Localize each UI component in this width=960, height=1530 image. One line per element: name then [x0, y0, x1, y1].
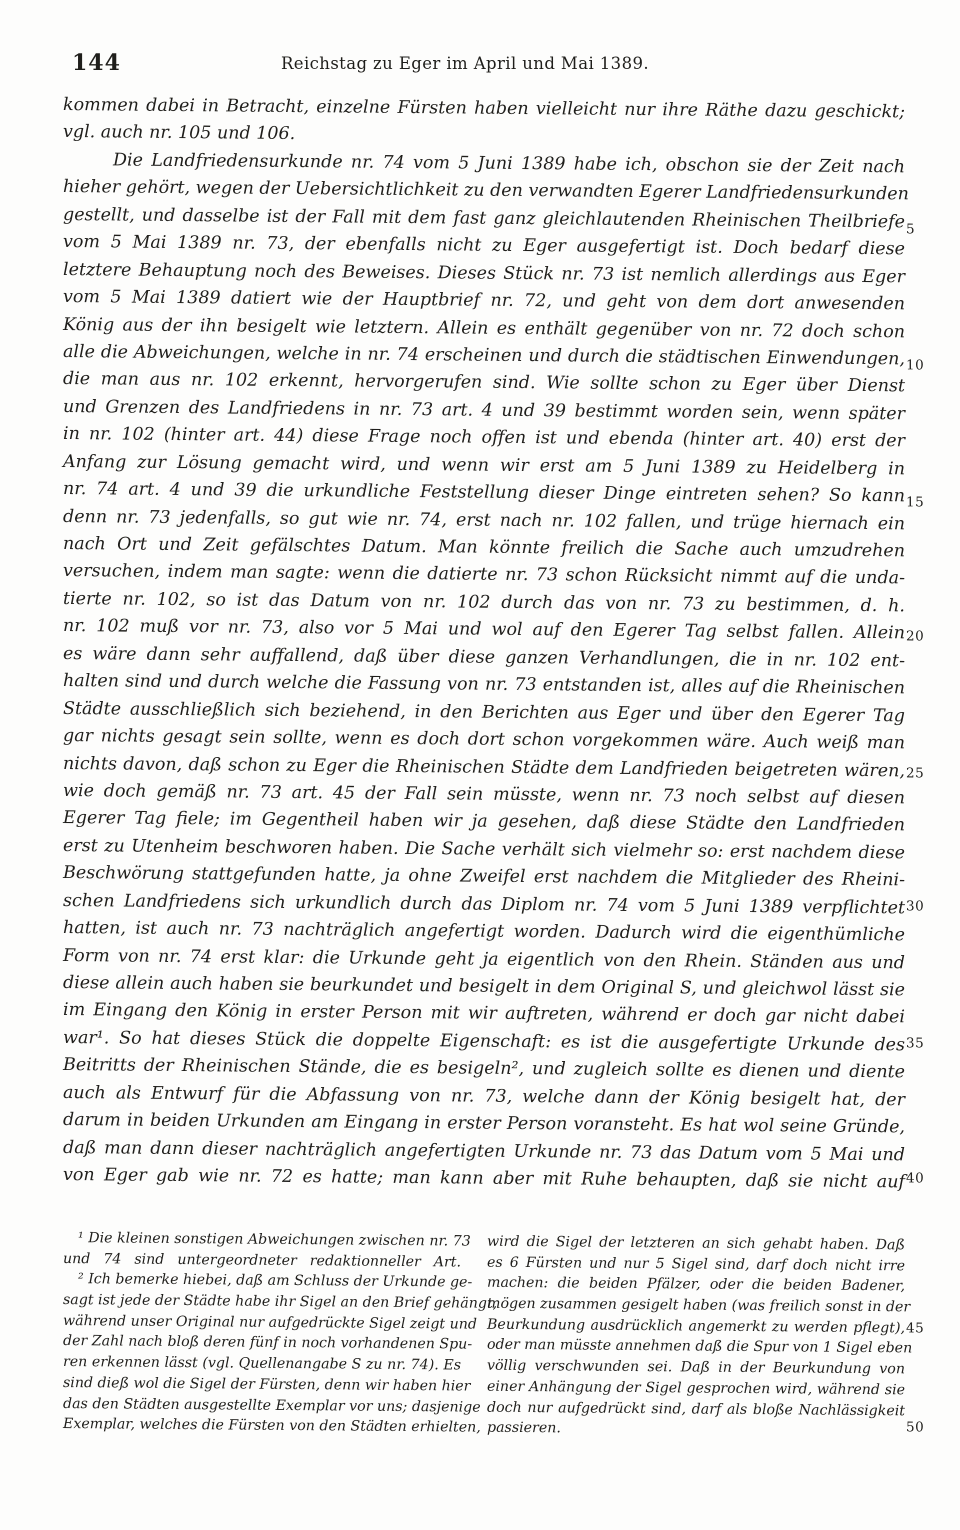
line-number-50: 50: [906, 1419, 950, 1435]
page-sheet: kommen dabei in Betracht, einzelne Fürst…: [0, 0, 960, 1530]
paragraph-continuation: kommen dabei in Betracht, einzelne Fürst…: [63, 92, 905, 154]
main-text: kommen dabei in Betracht, einzelne Fürst…: [63, 92, 905, 1197]
footnote-line: Exemplar, welches die Fürsten von den St…: [63, 1414, 461, 1438]
paragraph-landfriedensurkunde: Die Landfriedensurkunde nr. 74 vom 5 Jun…: [63, 147, 905, 1197]
line-number-20: 20: [906, 628, 950, 644]
footnote-column-left: ¹ Die kleinen sonstigen Abweichungen zwi…: [63, 1228, 461, 1438]
line-number-30: 30: [906, 898, 950, 914]
scanned-book-page: 144 Reichstag zu Eger im April und Mai 1…: [0, 0, 960, 1530]
footnote-column-right: wird die Sigel der letzteren an sich geh…: [487, 1232, 905, 1443]
line-number-margin: 5 10 15 20 25 30 35 40 45 50: [0, 0, 960, 8]
line-number-25: 25: [906, 765, 950, 781]
line-number-35: 35: [906, 1035, 950, 1051]
footnote-line: passieren.: [487, 1418, 905, 1442]
line-number-40: 40: [906, 1170, 950, 1186]
line-number-45: 45: [906, 1320, 950, 1336]
line-number-5: 5: [906, 221, 950, 237]
line-number-15: 15: [906, 494, 950, 510]
line-number-10: 10: [906, 357, 950, 373]
footnotes: ¹ Die kleinen sonstigen Abweichungen zwi…: [63, 1228, 905, 1442]
footnote-line: sind dieß wol die Sigel der Fürsten, den…: [63, 1373, 461, 1397]
footnote-line: einer Anhängung der Sigel gesprochen wir…: [487, 1377, 905, 1401]
